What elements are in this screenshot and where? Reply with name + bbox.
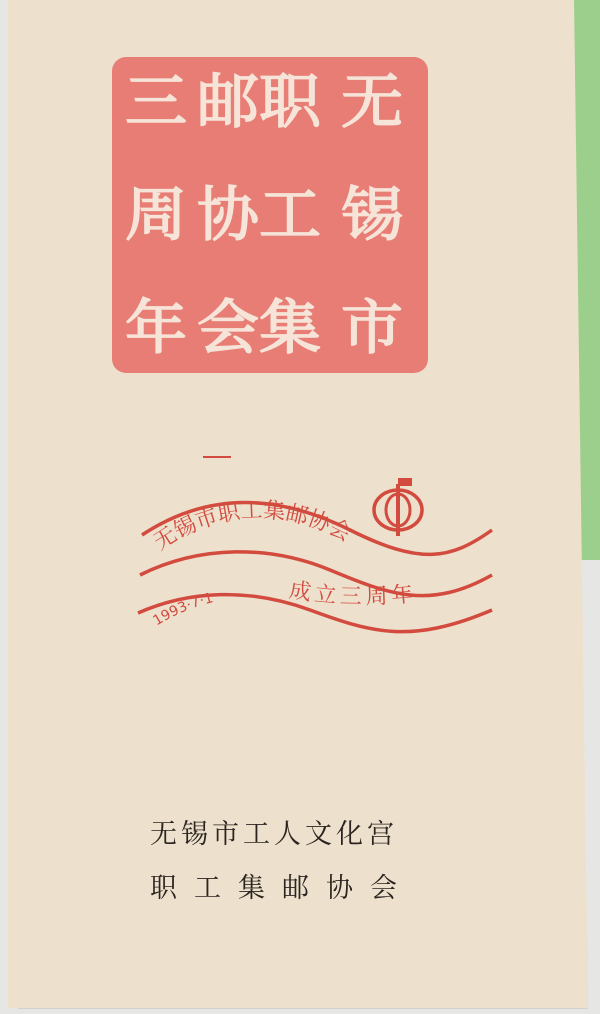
dash-mark [203,456,231,458]
seal-char: 三 [125,73,187,132]
seal-char: 职 [259,73,321,132]
seal-char: 工 [259,186,321,245]
seal-char: 年 [125,299,187,358]
seal-char: 会 [197,299,259,358]
seal-char: 协 [197,186,259,245]
seal-char: 集 [259,299,321,358]
seal-char: 无 [341,73,403,132]
seal-column-3: 邮 协 会 [188,71,268,359]
seal-char: 锡 [341,186,403,245]
postmark-line1: 无锡市职工集邮协会 [150,498,356,555]
seal-char: 周 [125,186,187,245]
postmark-date: 1993·7·1 [150,590,214,629]
seal-column-4: 三 周 年 [116,71,196,359]
seal-char: 市 [341,299,403,358]
footer-line1: 无锡市工人文化宫 [150,812,470,851]
union-emblem-icon [374,478,422,536]
seal-stamp: 无 锡 市 职 工 集 邮 协 会 三 周 年 [112,57,428,373]
seal-char: 邮 [197,73,259,132]
postmark: 无锡市职工集邮协会 成立三周年 1993·7·1 [130,470,510,650]
postmark-line2: 成立三周年 [287,578,418,610]
footer-line2: 职工集邮协会 [150,866,470,905]
footer-text: 无锡市工人文化宫 职工集邮协会 [150,812,470,905]
seal-column-1: 无 锡 市 [324,71,420,359]
